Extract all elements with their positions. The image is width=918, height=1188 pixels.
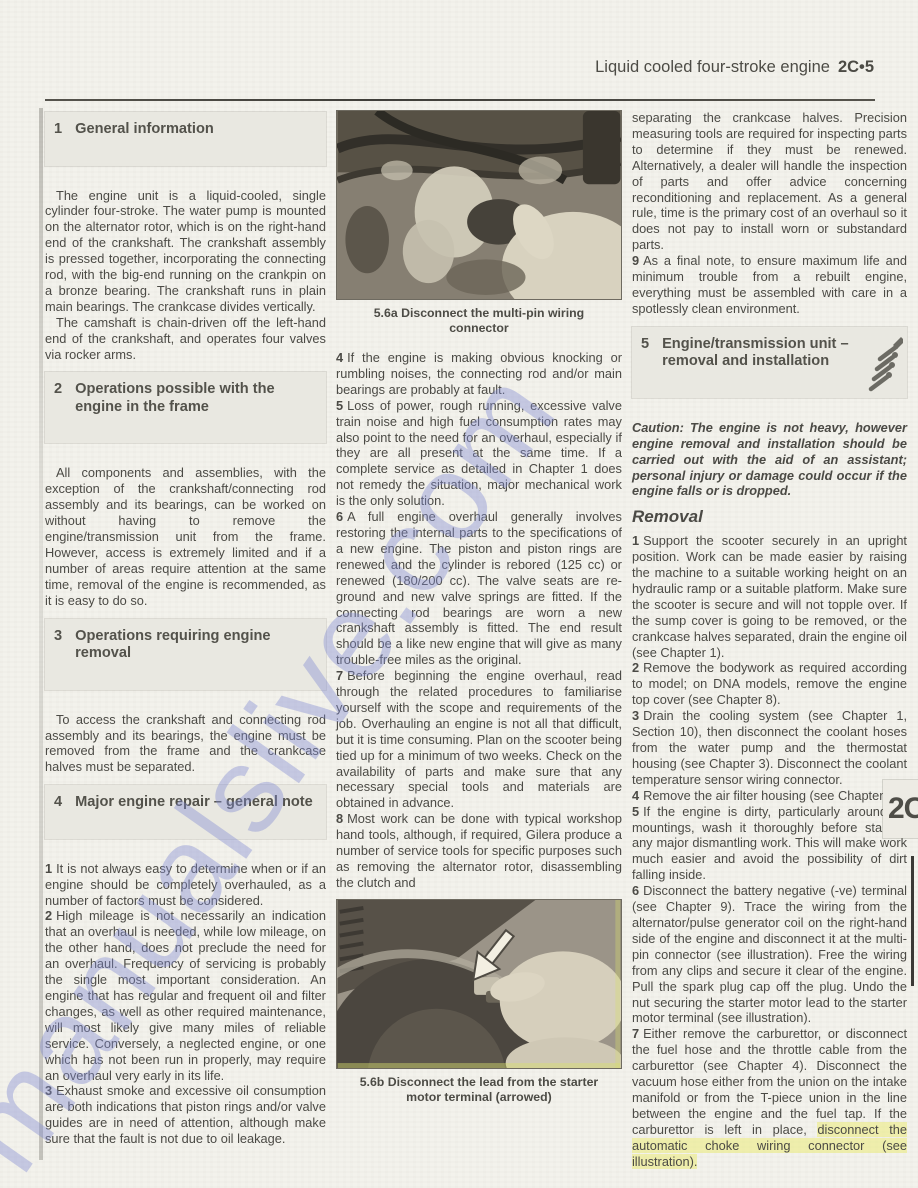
section-heading-1: 1 General information	[45, 112, 326, 166]
item-number: 1	[632, 533, 643, 548]
paragraph: All components and assemblies, with the …	[45, 465, 326, 608]
item-text: Remove the bodywork as required accordin…	[632, 660, 907, 707]
column-middle: 5.6a Disconnect the multi-pin wiring con…	[336, 110, 622, 1169]
paragraph: The camshaft is chain-driven off the lef…	[45, 315, 326, 363]
list-item: 4If the engine is making obvious knockin…	[336, 350, 622, 398]
item-number: 3	[45, 1083, 56, 1098]
list-item: 5If the engine is dirty, particularly ar…	[632, 804, 907, 884]
section-number: 5	[641, 336, 649, 354]
section-title: General information	[75, 121, 318, 139]
item-number: 3	[632, 708, 643, 723]
photo-5-6a-wiring-connector	[336, 110, 622, 300]
section-heading-4: 4 Major engine repair – general note	[45, 785, 326, 839]
page-header: Liquid cooled four-stroke engine2C•5	[595, 58, 874, 77]
item-number: 4	[632, 788, 643, 803]
chapter-edge-tab: 2C	[883, 780, 918, 838]
item-text: Exhaust smoke and excessive oil consumpt…	[45, 1083, 326, 1146]
scan-edge-mark	[911, 856, 914, 986]
item-text: As a final note, to ensure maximum life …	[632, 253, 907, 316]
list-item: 6Disconnect the battery negative (-ve) t…	[632, 883, 907, 1026]
list-item: 3Drain the cooling system (see Chapter 1…	[632, 708, 907, 788]
page-reference: 2C•5	[838, 58, 874, 76]
section-title: Operations possible with the engine in t…	[75, 381, 318, 416]
item-number: 1	[45, 861, 56, 876]
list-item: 7Before beginning the engine overhaul, r…	[336, 668, 622, 811]
list-item: 7Either remove the carburettor, or disco…	[632, 1026, 907, 1169]
item-text: Either remove the carburettor, or discon…	[632, 1026, 907, 1136]
item-text: If the engine is dirty, particularly aro…	[632, 804, 907, 883]
list-item: 5Loss of power, rough running, excessive…	[336, 398, 622, 509]
paragraph: To access the crankshaft and connecting …	[45, 712, 326, 776]
section-number: 1	[54, 121, 62, 139]
item-number: 4	[336, 350, 347, 365]
header-rule	[45, 99, 875, 101]
item-number: 5	[336, 398, 347, 413]
section-title: Major engine repair – general note	[75, 794, 318, 812]
list-item: 8Most work can be done with typical work…	[336, 811, 622, 891]
header-title: Liquid cooled four-stroke engine	[595, 58, 830, 76]
section-title: Operations requiring engine removal	[75, 628, 318, 663]
item-number: 6	[336, 509, 347, 524]
item-text: Disconnect the battery negative (-ve) te…	[632, 883, 907, 1025]
photo-caption-5-6b: 5.6b Disconnect the lead from the starte…	[344, 1075, 614, 1105]
item-number: 7	[632, 1026, 643, 1041]
section-heading-5: 5 Engine/transmission unit – removal and…	[632, 327, 907, 398]
item-number: 6	[632, 883, 643, 898]
item-text: Loss of power, rough running, excessive …	[336, 398, 622, 508]
item-text: Most work can be done with typical works…	[336, 811, 622, 890]
item-text: High mileage is not necessarily an indic…	[45, 908, 326, 1082]
list-item: 6A full engine overhaul generally involv…	[336, 509, 622, 668]
item-number: 5	[632, 804, 643, 819]
list-item: 1Support the scooter securely in an upri…	[632, 533, 907, 660]
column-right: separating the crankcase halves. Precisi…	[632, 110, 907, 1169]
column-left: 1 General information The engine unit is…	[45, 110, 326, 1169]
list-item: 2High mileage is not necessarily an indi…	[45, 908, 326, 1083]
list-item: 2Remove the bodywork as required accordi…	[632, 660, 907, 708]
paragraph: The engine unit is a liquid-cooled, sing…	[45, 188, 326, 315]
item-number: 2	[632, 660, 643, 675]
item-number: 2	[45, 908, 56, 923]
section-heading-3: 3 Operations requiring engine removal	[45, 619, 326, 690]
list-item: 4Remove the air filter housing (see Chap…	[632, 788, 907, 804]
paragraph-continuation: separating the crankcase halves. Precisi…	[632, 110, 907, 253]
photo-5-6b-starter-terminal	[336, 899, 622, 1069]
item-text: Support the scooter securely in an uprig…	[632, 533, 907, 659]
section-number: 3	[54, 628, 62, 646]
item-number: 9	[632, 253, 643, 268]
caution-note: Caution: The engine is not heavy, howeve…	[632, 420, 907, 500]
removal-subheading: Removal	[632, 509, 907, 525]
section-number: 4	[54, 794, 62, 812]
manual-page: manualslive.com Liquid cooled four-strok…	[0, 0, 918, 1188]
item-text: Drain the cooling system (see Chapter 1,…	[632, 708, 907, 787]
item-number: 8	[336, 811, 347, 826]
section-heading-2: 2 Operations possible with the engine in…	[45, 372, 326, 443]
item-text: It is not always easy to determine when …	[45, 861, 326, 908]
list-item: 3Exhaust smoke and excessive oil consump…	[45, 1083, 326, 1147]
item-text: Remove the air filter housing (see Chapt…	[643, 788, 902, 803]
list-item: 9As a final note, to ensure maximum life…	[632, 253, 907, 317]
item-text: Before beginning the engine overhaul, re…	[336, 668, 622, 810]
item-number: 7	[336, 668, 347, 683]
scan-edge-shadow	[39, 108, 43, 1160]
photo-caption-5-6a: 5.6a Disconnect the multi-pin wiring con…	[344, 306, 614, 336]
section-number: 2	[54, 381, 62, 399]
content-columns: 1 General information The engine unit is…	[45, 110, 907, 1169]
item-text: A full engine overhaul generally involve…	[336, 509, 622, 667]
list-item: 1It is not always easy to determine when…	[45, 861, 326, 909]
spanner-rating-icon	[863, 331, 903, 395]
item-text: If the engine is making obvious knocking…	[336, 350, 622, 397]
